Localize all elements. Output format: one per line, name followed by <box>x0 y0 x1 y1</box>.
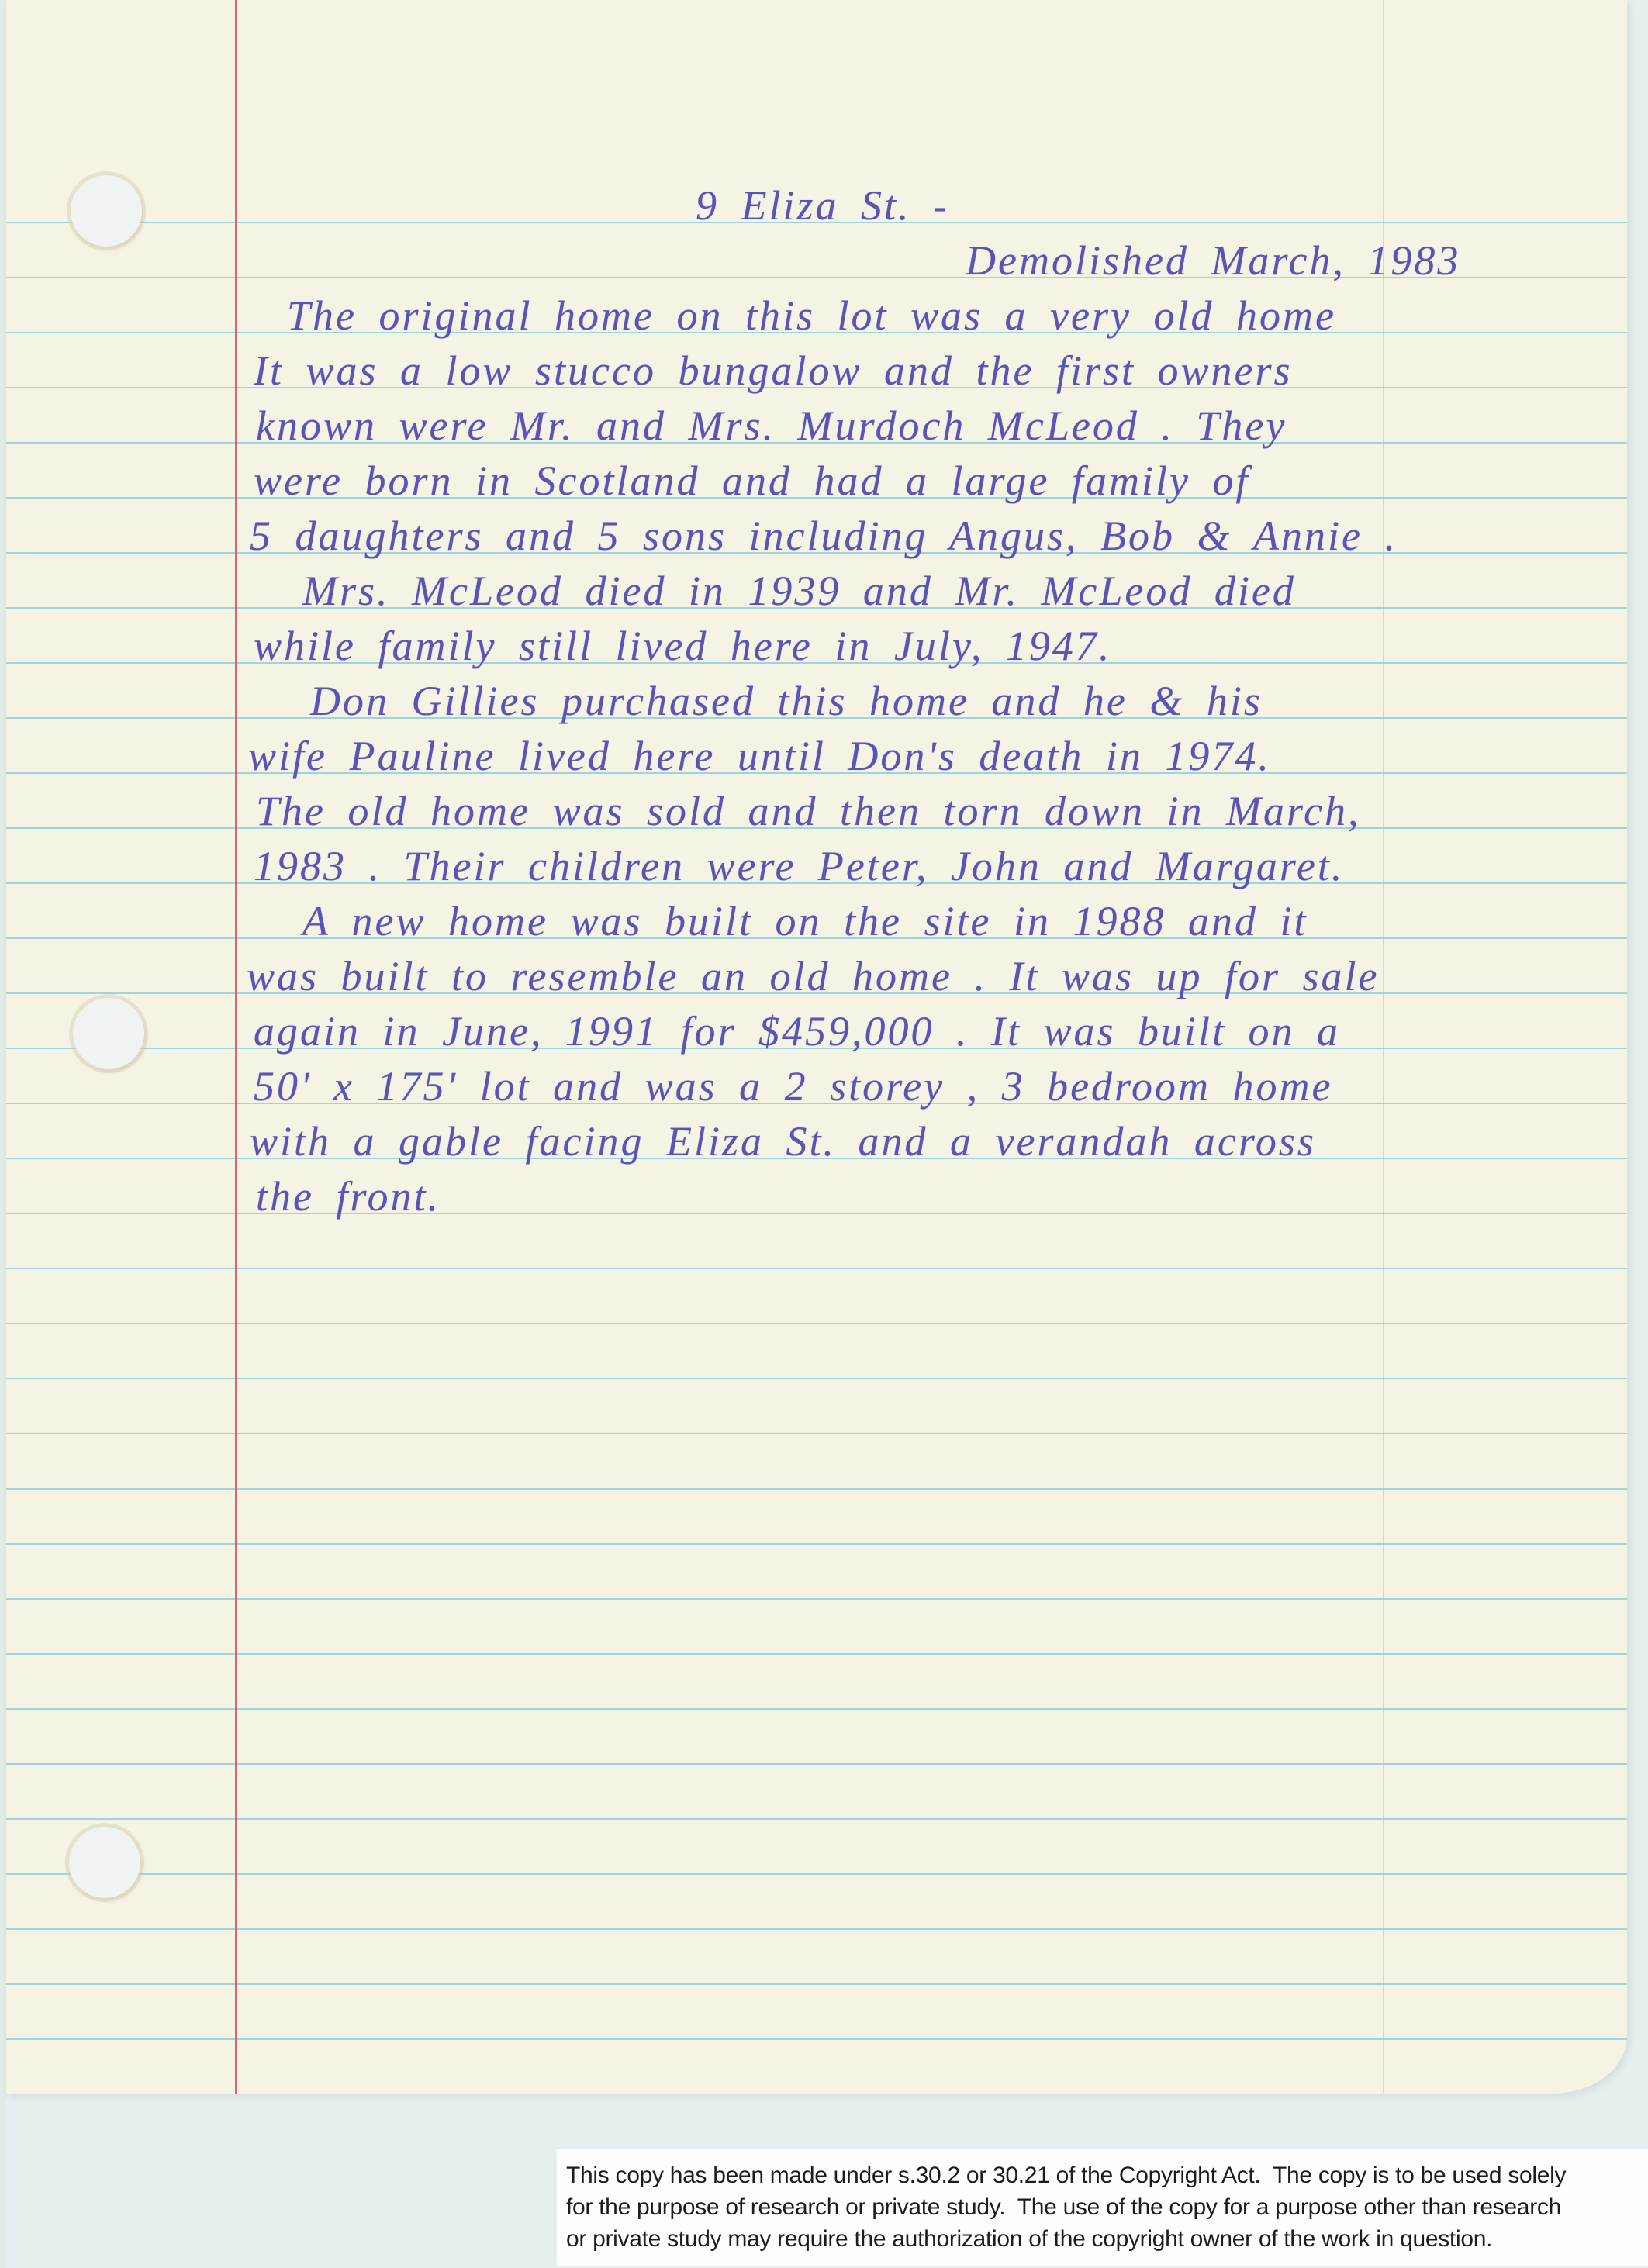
handwritten-line: again in June, 1991 for $459,000 . It wa… <box>254 1009 1340 1055</box>
stamp-text-line: for the purpose of research or private s… <box>566 2191 1642 2223</box>
stamp-text-line: or private study may require the authori… <box>566 2223 1642 2255</box>
handwritten-line: The old home was sold and then torn down… <box>256 789 1361 834</box>
pink-bleed-line <box>1383 0 1384 2094</box>
address-title: 9 Eliza St. - <box>696 183 949 229</box>
handwritten-line: was built to resemble an old home . It w… <box>247 954 1379 999</box>
handwritten-line: 50' x 175' lot and was a 2 storey , 3 be… <box>254 1064 1333 1110</box>
demolition-date: Demolished March, 1983 <box>966 238 1460 284</box>
handwritten-line: Mrs. McLeod died in 1939 and Mr. McLeod … <box>302 568 1296 614</box>
handwritten-line: wife Pauline lived here until Don's deat… <box>248 734 1271 779</box>
handwritten-line: while family still lived here in July, 1… <box>254 623 1111 669</box>
handwritten-line: were born in Scotland and had a large fa… <box>254 458 1249 504</box>
handwritten-line: The original home on this lot was a very… <box>287 293 1336 339</box>
punch-hole-bottom <box>69 1827 140 1898</box>
scanned-page: 9 Eliza St. - Demolished March, 1983 The… <box>0 0 1648 2268</box>
handwritten-line: the front. <box>256 1174 441 1220</box>
handwritten-line: A new home was built on the site in 1988… <box>302 899 1308 944</box>
scanner-edge-strip <box>0 0 6 2268</box>
punch-hole-middle <box>73 998 144 1069</box>
copyright-stamp: This copy has been made under s.30.2 or … <box>557 2149 1648 2266</box>
handwritten-line: It was a low stucco bungalow and the fir… <box>254 348 1293 394</box>
red-margin-line <box>235 0 237 2094</box>
handwritten-line: 1983 . Their children were Peter, John a… <box>254 844 1344 889</box>
notebook-paper: 9 Eliza St. - Demolished March, 1983 The… <box>6 0 1627 2094</box>
stamp-text-line: This copy has been made under s.30.2 or … <box>566 2159 1642 2191</box>
handwritten-line: 5 daughters and 5 sons including Angus, … <box>250 513 1398 559</box>
handwritten-line: with a gable facing Eliza St. and a vera… <box>250 1119 1316 1165</box>
handwritten-line: known were Mr. and Mrs. Murdoch McLeod .… <box>256 403 1287 449</box>
punch-hole-top <box>71 175 142 247</box>
handwritten-line: Don Gillies purchased this home and he &… <box>310 678 1263 724</box>
